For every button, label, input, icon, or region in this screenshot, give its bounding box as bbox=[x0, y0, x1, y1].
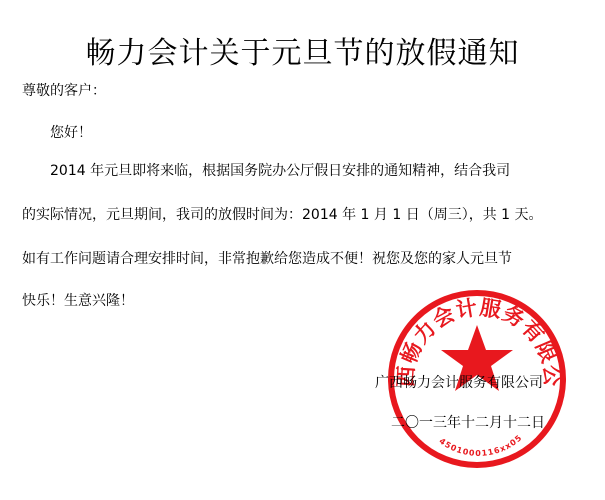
greeting: 您好！ bbox=[50, 122, 92, 142]
body-line-3: 如有工作问题请合理安排时间，非常抱歉给您造成不便！祝您及您的家人元旦节 bbox=[22, 248, 512, 268]
page-title: 畅力会计关于元旦节的放假通知 bbox=[0, 28, 605, 72]
signature-company: 广西畅力会计服务有限公司 bbox=[375, 372, 543, 392]
body-line-2: 的实际情况，元旦期间，我司的放假时间为：2014 年 1 月 1 日（周三），共… bbox=[22, 204, 543, 224]
body-line-1: 2014 年元旦即将来临，根据国务院办公厅假日安排的通知精神，结合我司 bbox=[50, 160, 510, 180]
salutation: 尊敬的客户： bbox=[22, 80, 106, 100]
svg-text:4501000116xx05: 4501000116xx05 bbox=[437, 433, 524, 458]
body-line-4: 快乐！生意兴隆！ bbox=[22, 290, 134, 310]
signature-date: 二〇一三年十二月十二日 bbox=[391, 412, 545, 432]
